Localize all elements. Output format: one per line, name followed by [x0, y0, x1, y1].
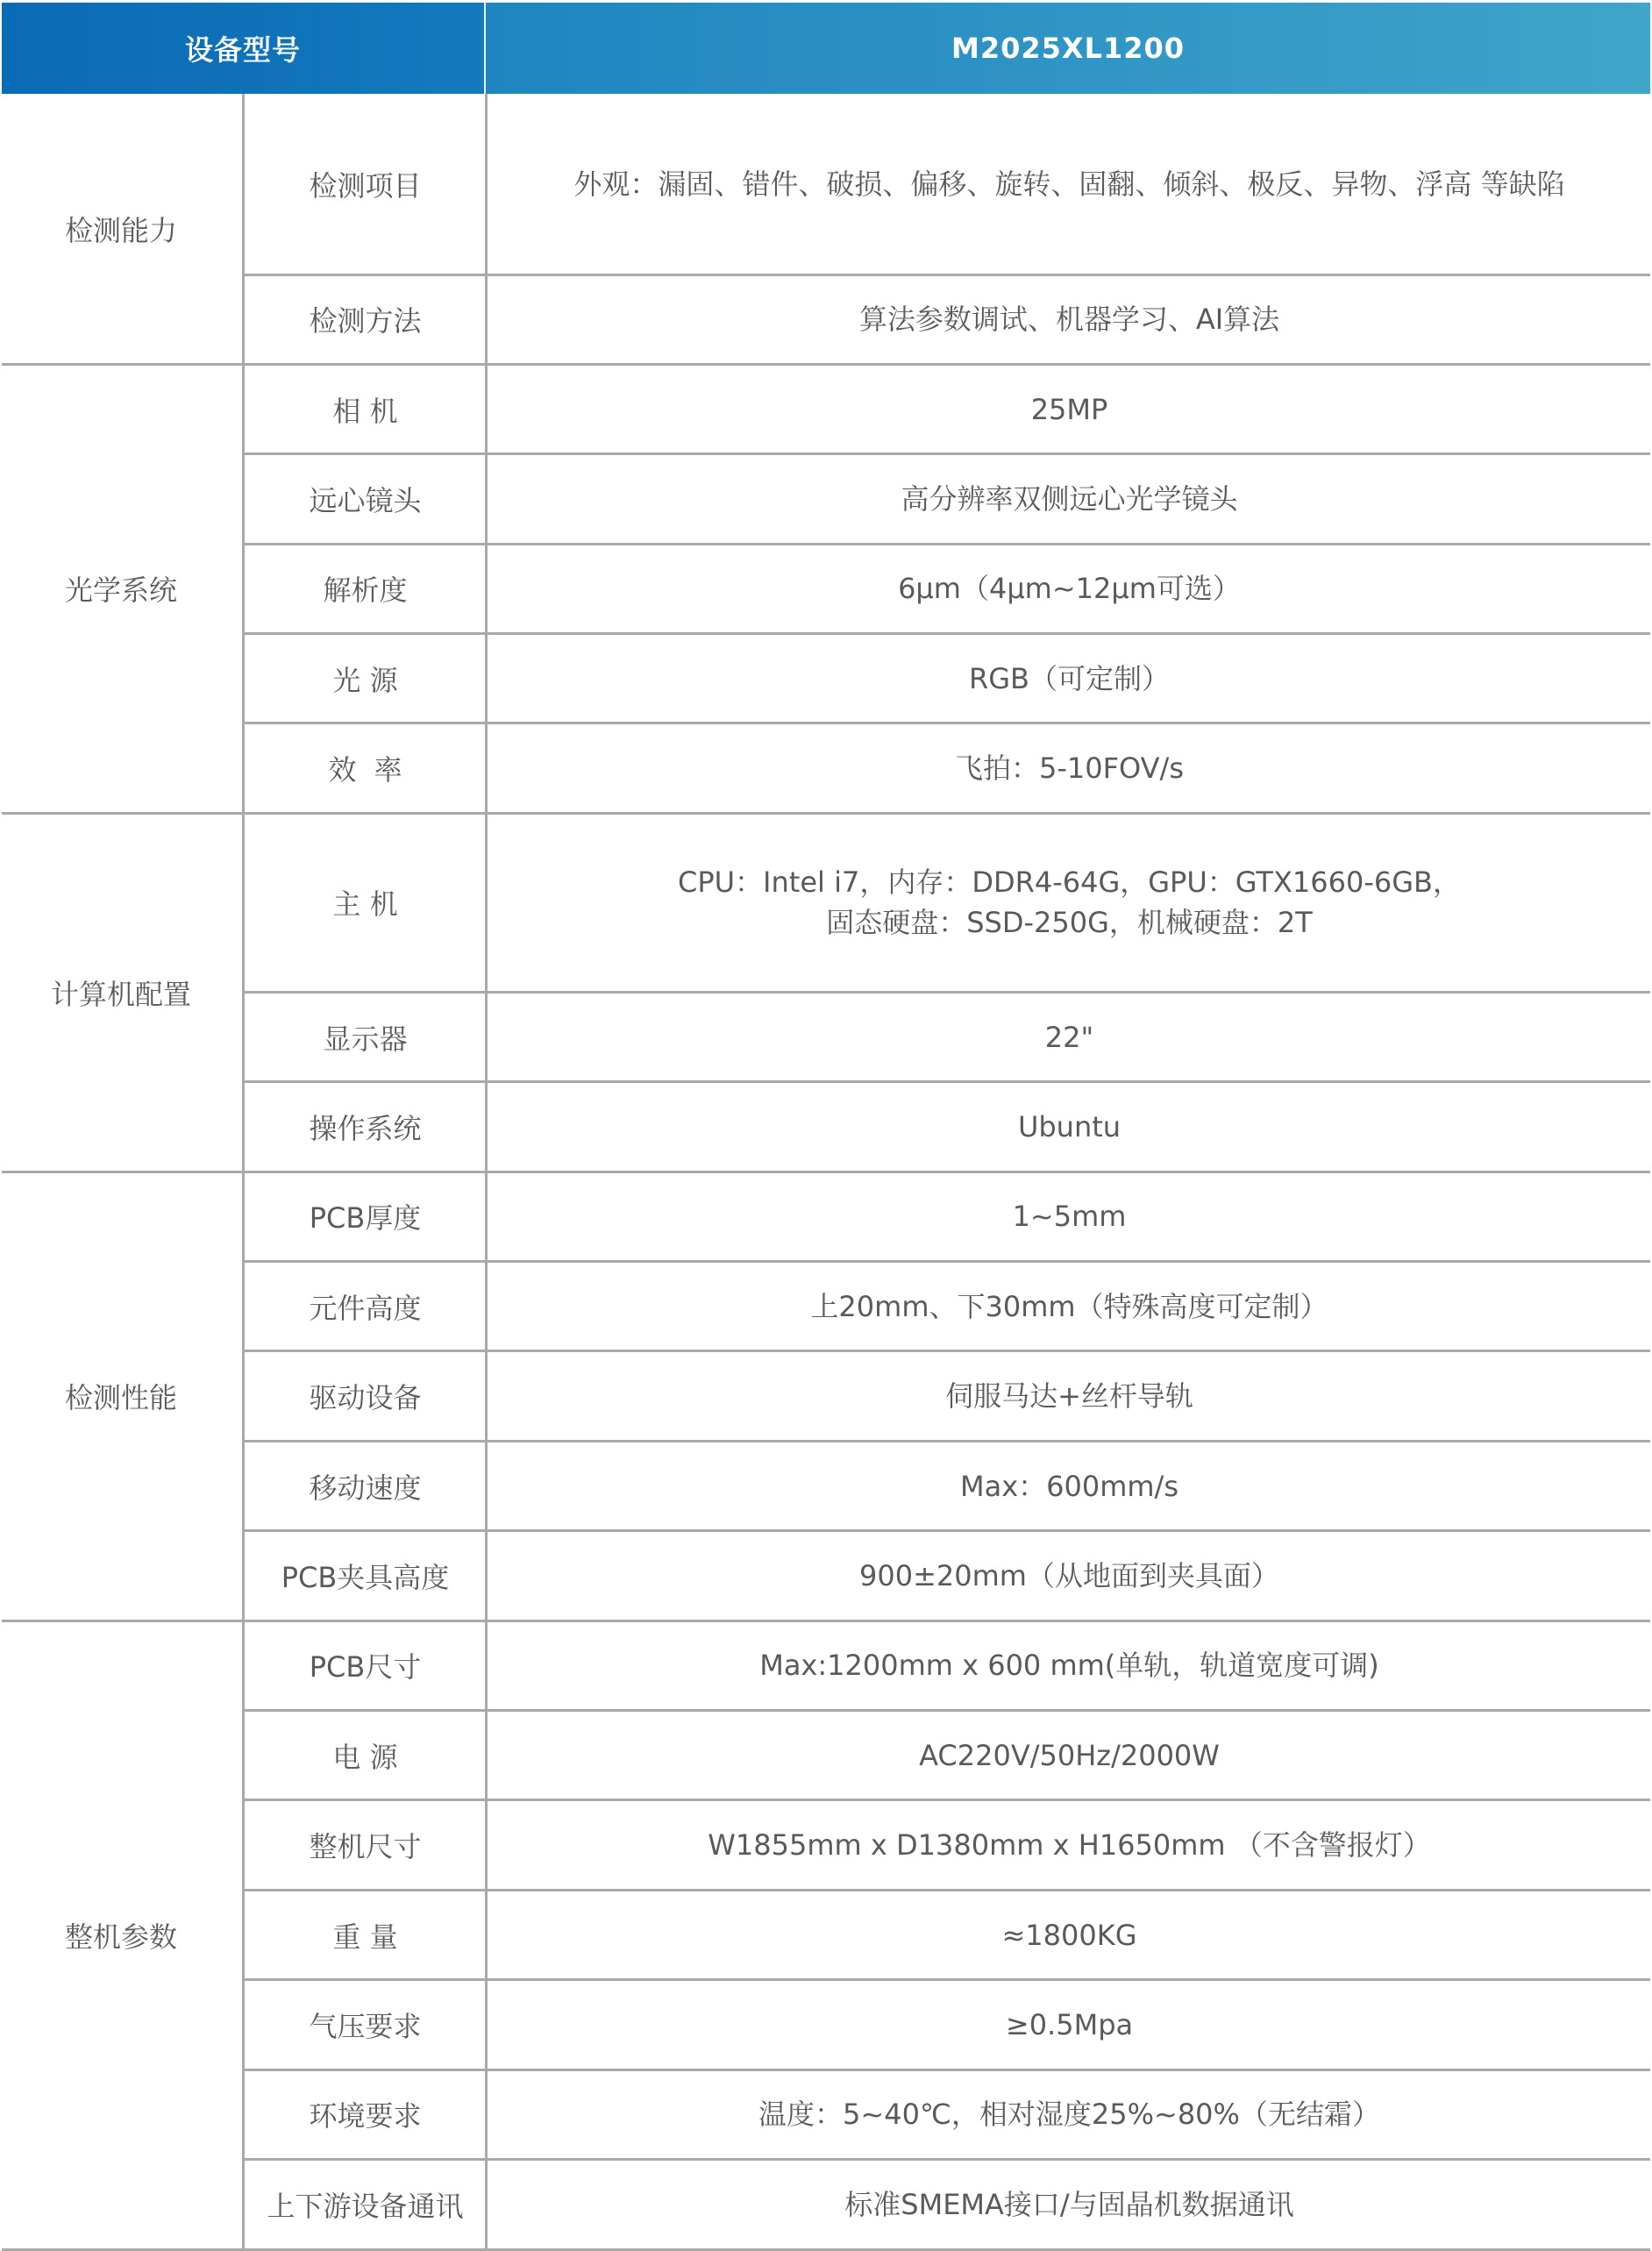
spec-row: 显示器22" — [245, 992, 1650, 1081]
spec-row: 操作系统Ubuntu — [245, 1082, 1650, 1172]
spec-group: 主 机CPU：Intel i7，内存：DDR4-64G，GPU：GTX1660-… — [0, 813, 1650, 1172]
spec-row-label: 重 量 — [245, 1890, 486, 1979]
spec-row: 主 机CPU：Intel i7，内存：DDR4-64G，GPU：GTX1660-… — [245, 813, 1650, 992]
spec-row: PCB夹具高度900±20mm（从地面到夹具面） — [245, 1531, 1650, 1621]
column-divider — [485, 992, 488, 1081]
model-label-header: 设备型号 — [2, 3, 484, 94]
spec-row-label: 主 机 — [245, 813, 486, 992]
spec-row-label: 操作系统 — [245, 1082, 486, 1172]
spec-row-value: Max:1200mm x 600 mm(单轨，轨道宽度可调) — [488, 1621, 1650, 1710]
spec-value-line: AC220V/50Hz/2000W — [919, 1735, 1220, 1776]
column-divider — [242, 1172, 245, 1621]
spec-row-value: 伺服马达+丝杆导轨 — [488, 1351, 1650, 1441]
spec-row-label: 显示器 — [245, 992, 486, 1081]
spec-row-value: CPU：Intel i7，内存：DDR4-64G，GPU：GTX1660-6GB… — [488, 813, 1650, 992]
spec-row-label: 环境要求 — [245, 2069, 486, 2159]
spec-row-label: 电 源 — [245, 1711, 486, 1800]
spec-row-value: RGB（可定制） — [488, 634, 1650, 723]
column-divider — [485, 2069, 488, 2159]
column-divider — [242, 94, 245, 364]
column-divider — [485, 1531, 488, 1621]
column-divider — [485, 1351, 488, 1441]
spec-value-line: W1855mm x D1380mm x H1650mm （不含警报灯） — [708, 1825, 1430, 1865]
column-divider — [485, 1890, 488, 1979]
spec-row-label: 驱动设备 — [245, 1351, 486, 1441]
spec-row: PCB厚度1~5mm — [245, 1172, 1650, 1261]
spec-row-label: 检测方法 — [245, 274, 486, 364]
spec-group: PCB厚度1~5mm元件高度上20mm、下30mm（特殊高度可定制）驱动设备伺服… — [0, 1172, 1650, 1621]
column-divider — [485, 634, 488, 723]
column-divider — [485, 1980, 488, 2069]
spec-group: PCB尺寸Max:1200mm x 600 mm(单轨，轨道宽度可调)电 源AC… — [0, 1621, 1650, 2249]
spec-value-line: 标准SMEMA接口/与固晶机数据通讯 — [844, 2184, 1293, 2225]
spec-group: 相 机25MP远心镜头高分辨率双侧远心光学镜头解析度6μm（4μm~12μm可选… — [0, 364, 1650, 813]
spec-row-label: 光 源 — [245, 634, 486, 723]
spec-row-value: 温度：5~40℃，相对湿度25%~80%（无结霜） — [488, 2069, 1650, 2159]
column-divider — [485, 2160, 488, 2249]
spec-value-line: ≈1800KG — [1001, 1915, 1136, 1955]
column-divider — [485, 1082, 488, 1172]
column-divider — [485, 1441, 488, 1530]
spec-row-label: PCB夹具高度 — [245, 1531, 486, 1621]
spec-group-label: 检测性能 — [0, 1172, 242, 1621]
spec-row-value: 算法参数调试、机器学习、AI算法 — [488, 274, 1650, 364]
spec-row-value: 6μm（4μm~12μm可选） — [488, 544, 1650, 633]
column-divider — [485, 364, 488, 453]
spec-value-line: 算法参数调试、机器学习、AI算法 — [859, 299, 1279, 339]
spec-row: 移动速度Max：600mm/s — [245, 1441, 1650, 1530]
spec-row: 检测项目外观：漏固、错件、破损、偏移、旋转、固翻、倾斜、极反、异物、浮高 等缺陷 — [245, 94, 1650, 274]
model-value-header: M2025XL1200 — [486, 3, 1650, 94]
spec-row-value: Max：600mm/s — [488, 1441, 1650, 1530]
spec-row-label: 元件高度 — [245, 1262, 486, 1351]
spec-row: 效 率飞拍：5-10FOV/s — [245, 723, 1650, 813]
spec-row-label: 检测项目 — [245, 94, 486, 274]
spec-row-value: 900±20mm（从地面到夹具面） — [488, 1531, 1650, 1621]
spec-row: 远心镜头高分辨率双侧远心光学镜头 — [245, 454, 1650, 544]
spec-value-line: 1~5mm — [1013, 1196, 1127, 1236]
spec-value-line: 上20mm、下30mm（特殊高度可定制） — [810, 1286, 1328, 1327]
spec-value-line: 25MP — [1031, 389, 1108, 430]
spec-row: 电 源AC220V/50Hz/2000W — [245, 1711, 1650, 1800]
spec-value-line: 900±20mm（从地面到夹具面） — [859, 1556, 1279, 1596]
spec-row-value: Ubuntu — [488, 1082, 1650, 1172]
spec-row-value: 22" — [488, 992, 1650, 1081]
column-divider — [242, 364, 245, 813]
spec-row-value: 外观：漏固、错件、破损、偏移、旋转、固翻、倾斜、极反、异物、浮高 等缺陷 — [488, 94, 1650, 274]
column-divider — [485, 813, 488, 992]
spec-row: 检测方法算法参数调试、机器学习、AI算法 — [245, 274, 1650, 364]
spec-group-label: 整机参数 — [0, 1621, 242, 2249]
spec-value-line: 高分辨率双侧远心光学镜头 — [901, 479, 1237, 519]
column-divider — [485, 1262, 488, 1351]
column-divider — [485, 723, 488, 813]
column-divider — [242, 813, 245, 1172]
spec-row: 重 量≈1800KG — [245, 1890, 1650, 1979]
column-divider — [485, 1172, 488, 1261]
spec-value-line: 22" — [1045, 1017, 1093, 1058]
column-divider — [485, 544, 488, 633]
column-divider — [242, 1621, 245, 2249]
spec-table-header: 设备型号 M2025XL1200 — [2, 3, 1650, 94]
spec-value-line: 飞拍：5-10FOV/s — [955, 748, 1184, 788]
spec-value-line: 6μm（4μm~12μm可选） — [898, 568, 1241, 609]
spec-group-label: 计算机配置 — [0, 813, 242, 1172]
spec-value-line: 温度：5~40℃，相对湿度25%~80%（无结霜） — [758, 2094, 1380, 2134]
column-divider — [485, 1621, 488, 1710]
spec-row: 相 机25MP — [245, 364, 1650, 453]
spec-row-value: AC220V/50Hz/2000W — [488, 1711, 1650, 1800]
spec-row-value: 1~5mm — [488, 1172, 1650, 1261]
column-divider — [485, 94, 488, 274]
spec-row: 整机尺寸W1855mm x D1380mm x H1650mm （不含警报灯） — [245, 1800, 1650, 1890]
spec-value-line: Ubuntu — [1018, 1107, 1121, 1147]
group-divider — [2, 2248, 1650, 2251]
spec-value-line: RGB（可定制） — [969, 659, 1170, 699]
spec-row: 解析度6μm（4μm~12μm可选） — [245, 544, 1650, 633]
spec-row: 环境要求温度：5~40℃，相对湿度25%~80%（无结霜） — [245, 2069, 1650, 2159]
spec-group: 检测项目外观：漏固、错件、破损、偏移、旋转、固翻、倾斜、极反、异物、浮高 等缺陷… — [0, 94, 1650, 364]
spec-row-label: 解析度 — [245, 544, 486, 633]
spec-value-line: Max:1200mm x 600 mm(单轨，轨道宽度可调) — [759, 1645, 1379, 1685]
column-divider — [485, 454, 488, 544]
spec-row-value: ≈1800KG — [488, 1890, 1650, 1979]
spec-row: 上下游设备通讯标准SMEMA接口/与固晶机数据通讯 — [245, 2160, 1650, 2249]
spec-row: 光 源RGB（可定制） — [245, 634, 1650, 723]
spec-value-line: ≥0.5Mpa — [1006, 2005, 1133, 2045]
column-divider — [485, 1800, 488, 1890]
column-divider — [485, 274, 488, 364]
spec-row-value: 高分辨率双侧远心光学镜头 — [488, 454, 1650, 544]
spec-row: 元件高度上20mm、下30mm（特殊高度可定制） — [245, 1262, 1650, 1351]
spec-row: 驱动设备伺服马达+丝杆导轨 — [245, 1351, 1650, 1441]
spec-row-value: 25MP — [488, 364, 1650, 453]
spec-row-value: 上20mm、下30mm（特殊高度可定制） — [488, 1262, 1650, 1351]
spec-row-value: 标准SMEMA接口/与固晶机数据通讯 — [488, 2160, 1650, 2249]
spec-row-value: ≥0.5Mpa — [488, 1980, 1650, 2069]
spec-row-label: 上下游设备通讯 — [245, 2160, 486, 2249]
spec-value-line: 伺服马达+丝杆导轨 — [945, 1376, 1193, 1416]
spec-row-label: 气压要求 — [245, 1980, 486, 2069]
spec-value-line: CPU：Intel i7，内存：DDR4-64G，GPU：GTX1660-6GB… — [678, 862, 1461, 902]
spec-row-label: 相 机 — [245, 364, 486, 453]
spec-row: 气压要求≥0.5Mpa — [245, 1980, 1650, 2069]
spec-value-line: 外观：漏固、错件、破损、偏移、旋转、固翻、倾斜、极反、异物、浮高 等缺陷 — [573, 164, 1564, 204]
spec-group-label: 光学系统 — [0, 364, 242, 813]
spec-value-line: 固态硬盘：SSD-250G，机械硬盘：2T — [826, 902, 1313, 943]
spec-group-label: 检测能力 — [0, 94, 242, 364]
column-divider — [485, 1711, 488, 1800]
spec-row: PCB尺寸Max:1200mm x 600 mm(单轨，轨道宽度可调) — [245, 1621, 1650, 1710]
spec-row-label: 效 率 — [245, 723, 486, 813]
spec-row-value: W1855mm x D1380mm x H1650mm （不含警报灯） — [488, 1800, 1650, 1890]
spec-row-label: 远心镜头 — [245, 454, 486, 544]
spec-row-label: PCB尺寸 — [245, 1621, 486, 1710]
spec-row-value: 飞拍：5-10FOV/s — [488, 723, 1650, 813]
spec-row-label: 整机尺寸 — [245, 1800, 486, 1890]
spec-row-label: 移动速度 — [245, 1441, 486, 1530]
spec-value-line: Max：600mm/s — [960, 1466, 1178, 1507]
spec-row-label: PCB厚度 — [245, 1172, 486, 1261]
